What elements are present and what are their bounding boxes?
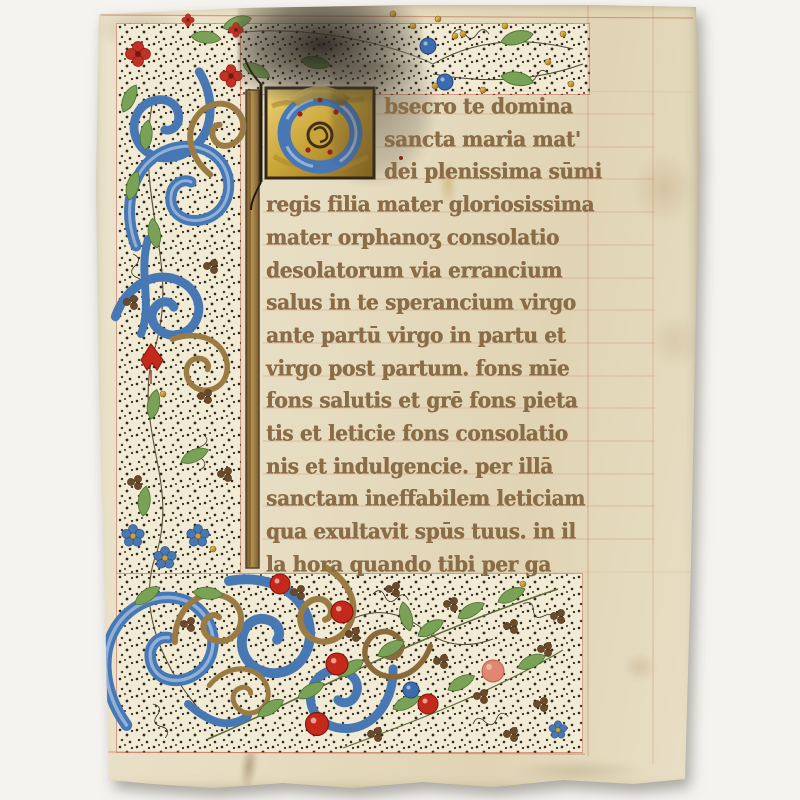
text-line: sanctam ineffabilem leticiam	[266, 482, 585, 514]
text-line: regis filia mater gloriosissima	[266, 188, 594, 220]
text-line: nis et indulgencie. per illā	[266, 450, 553, 482]
text-line: bsecro te domina	[384, 90, 573, 122]
stain	[513, 760, 643, 782]
manuscript-photo: bsecro te domina sancta maria mat' dei p…	[0, 0, 800, 800]
text-line: salus in te sperancium virgo	[266, 286, 576, 318]
text-line: ante partū virgo in partu et	[266, 319, 566, 351]
stain	[649, 314, 701, 368]
text-line: tis et leticie fons consolatio	[266, 417, 568, 449]
text-line: fons salutis et grē fons pieta	[266, 384, 577, 416]
leaf-shadow: bsecro te domina sancta maria mat' dei p…	[0, 0, 800, 800]
stain	[623, 652, 657, 682]
text-line: la hora quando tibi per ga	[266, 548, 551, 580]
text-line: dei plenissima sūmi	[384, 155, 602, 187]
bottom-border-decoration	[116, 573, 583, 753]
text-line: desolatorum via errancium	[266, 254, 562, 286]
text-line: sancta maria mat'	[384, 123, 581, 155]
text-line: mater orphanoʒ consolatio	[266, 221, 559, 253]
text-line: virgo post partum. fons mīe	[266, 352, 569, 384]
text-line: qua exultavit spūs tuus. in il	[266, 515, 576, 547]
gold-bar-border	[246, 90, 259, 568]
stain	[633, 152, 695, 224]
illuminated-initial-O	[264, 86, 376, 180]
manuscript-leaf: bsecro te domina sancta maria mat' dei p…	[93, 4, 701, 794]
